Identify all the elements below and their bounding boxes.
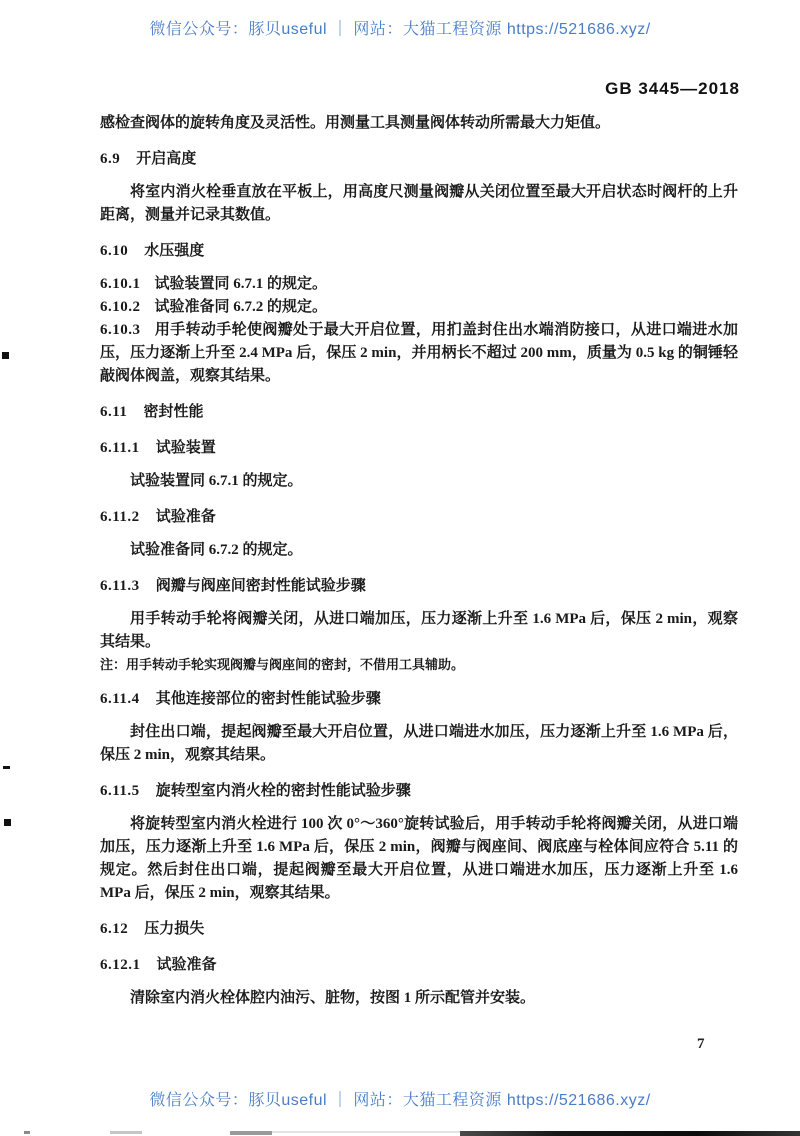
section-heading-6-11: 6.11密封性能 [100,401,738,424]
watermark-footer: 微信公众号：豚贝useful ｜ 网站：大猫工程资源 https://52168… [0,1087,800,1110]
scan-edge-segment [230,1131,272,1135]
scan-artifact-dot [2,352,9,359]
section-heading-6-12-1: 6.12.1试验准备 [100,954,738,977]
section-heading-6-11-4: 6.11.4其他连接部位的密封性能试验步骤 [100,688,738,711]
clause-number: 6.10.1 [100,276,141,292]
scan-edge-segment [460,1131,800,1136]
numbered-clause-6-10-1: 6.10.1试验装置同 6.7.1 的规定。 [100,273,738,296]
paragraph: 将旋转型室内消火栓进行 100 次 0°～360°旋转试验后，用手转动手轮将阀瓣… [100,813,738,905]
paragraph: 将室内消火栓垂直放在平板上，用高度尺测量阀瓣从关闭位置至最大开启状态时阀杆的上升… [100,181,738,227]
section-title: 其他连接部位的密封性能试验步骤 [156,691,381,707]
paragraph: 用手转动手轮将阀瓣关闭，从进口端加压，压力逐渐上升至 1.6 MPa 后，保压 … [100,608,738,654]
section-heading-6-9: 6.9开启高度 [100,148,738,171]
doc-number: GB 3445—2018 [605,79,740,99]
section-number: 6.11 [100,404,127,420]
section-heading-6-11-1: 6.11.1试验装置 [100,437,738,460]
section-title: 水压强度 [144,243,204,259]
paragraph: 试验准备同 6.7.2 的规定。 [100,539,738,562]
section-heading-6-12: 6.12压力损失 [100,918,738,941]
section-heading-6-11-3: 6.11.3阀瓣与阀座间密封性能试验步骤 [100,575,738,598]
section-heading-6-11-2: 6.11.2试验准备 [100,506,738,529]
note-text: 注：用手转动手轮实现阀瓣与阀座间的密封，不借用工具辅助。 [100,654,738,675]
clause-text: 试验装置同 6.7.1 的规定。 [155,276,328,292]
section-heading-6-11-5: 6.11.5旋转型室内消火栓的密封性能试验步骤 [100,780,738,803]
section-number: 6.10 [100,243,128,259]
scan-artifact-dot [4,819,11,826]
scan-edge-segment [24,1131,30,1134]
clause-text: 用手转动手轮使阀瓣处于最大开启位置，用扪盖封住出水端消防接口，从进口端进水加压，… [100,322,738,384]
paragraph-continuation: 感检查阀体的旋转角度及灵活性。用测量工具测量阀体转动所需最大力矩值。 [100,112,738,135]
clause-number: 6.10.3 [100,322,141,338]
section-number: 6.9 [100,151,120,167]
section-title: 旋转型室内消火栓的密封性能试验步骤 [156,783,411,799]
numbered-clause-6-10-3: 6.10.3用手转动手轮使阀瓣处于最大开启位置，用扪盖封住出水端消防接口，从进口… [100,319,738,388]
paragraph: 清除室内消火栓体腔内油污、脏物，按图 1 所示配管并安装。 [100,987,738,1010]
section-title: 压力损失 [144,921,204,937]
paragraph: 封住出口端，提起阀瓣至最大开启位置，从进口端进水加压，压力逐渐上升至 1.6 M… [100,721,738,767]
watermark-header: 微信公众号：豚贝useful ｜ 网站：大猫工程资源 https://52168… [0,16,800,39]
document-body: 感检查阀体的旋转角度及灵活性。用测量工具测量阀体转动所需最大力矩值。 6.9开启… [100,112,738,1010]
section-title: 试验准备 [156,509,216,525]
section-title: 阀瓣与阀座间密封性能试验步骤 [156,578,366,594]
scan-artifact-dot [3,766,10,769]
section-title: 开启高度 [136,151,196,167]
scan-edge-segment [272,1131,460,1133]
scan-edge-artifact [0,1130,800,1136]
numbered-clause-6-10-2: 6.10.2试验准备同 6.7.2 的规定。 [100,296,738,319]
clause-text: 试验准备同 6.7.2 的规定。 [155,299,328,315]
section-number: 6.11.2 [100,509,140,525]
section-title: 试验准备 [157,957,217,973]
section-number: 6.11.4 [100,691,140,707]
section-number: 6.11.5 [100,783,140,799]
clause-number: 6.10.2 [100,299,141,315]
section-number: 6.12.1 [100,957,141,973]
paragraph: 试验装置同 6.7.1 的规定。 [100,470,738,493]
section-number: 6.11.1 [100,440,140,456]
section-title: 密封性能 [143,404,203,420]
section-number: 6.11.3 [100,578,140,594]
section-heading-6-10: 6.10水压强度 [100,240,738,263]
section-title: 试验装置 [156,440,216,456]
page-number: 7 [697,1036,705,1053]
scan-edge-segment [110,1131,142,1134]
section-number: 6.12 [100,921,128,937]
